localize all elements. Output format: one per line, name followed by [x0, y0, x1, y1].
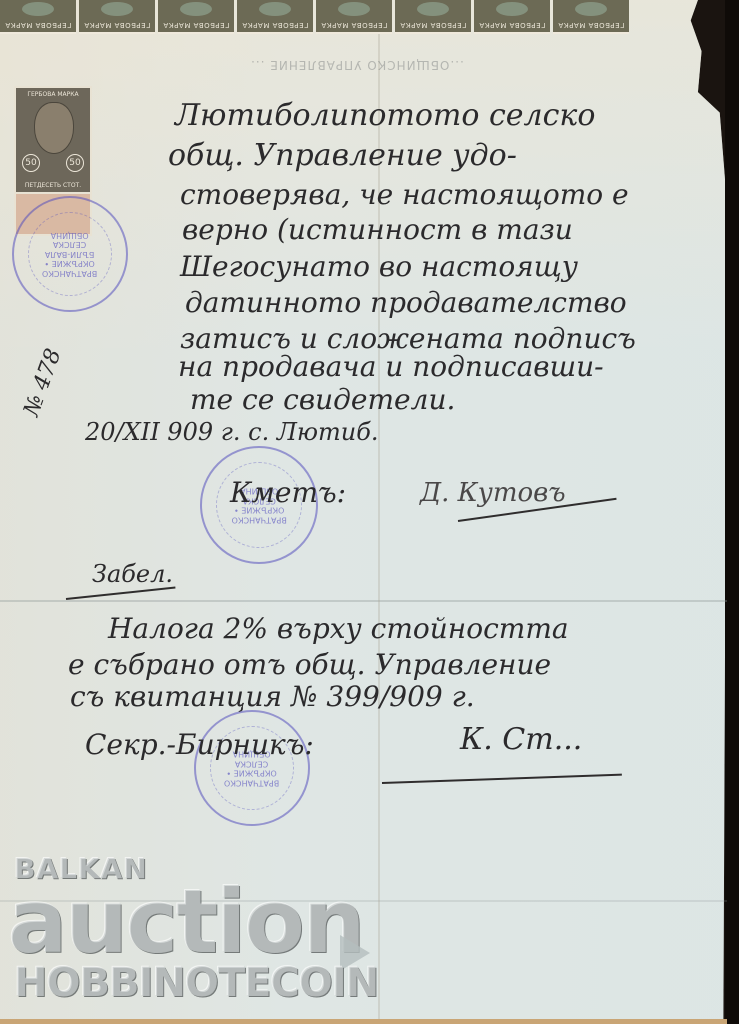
stamp-label: ГЕРБОВА МАРКА	[16, 91, 90, 98]
note-line-2: е събрано отъ общ. Управление	[68, 648, 551, 681]
note-line-1: Налога 2% върху стойността	[108, 612, 569, 645]
secretary-signature: К. Ст...	[460, 722, 582, 757]
body-line-9: те се свидетели.	[190, 383, 455, 416]
date-place-line: 20/XII 909 г. с. Лютиб.	[85, 418, 378, 446]
body-line-4: верно (истинност в тази	[182, 213, 573, 246]
printed-header-faint: ...ОБЩИНСКО УПРАВЛЕНИЕ ...	[250, 58, 464, 72]
watermark-auction: auction	[8, 878, 364, 966]
body-line-2: общ. Управление удо-	[168, 138, 517, 173]
revenue-stamp-strip-item: ГЕРБОВА МАРКА	[237, 0, 313, 34]
body-line-5: Шегосунато во настоящу	[180, 250, 578, 283]
body-line-1: Лютиболипотото селско	[175, 98, 595, 133]
note-line-3: съ квитанция № 399/909 г.	[70, 680, 475, 713]
paper-bottom-edge	[0, 1019, 727, 1024]
section-heading-note: Забел.	[92, 560, 173, 588]
stamp-denomination: ПЕТДЕСЕТЬ СТОТ.	[16, 182, 90, 189]
stamp-value-left: 50	[22, 154, 40, 172]
watermark-hobbinotecoin: HOBBINOTECOIN	[14, 960, 378, 1006]
body-line-3: стоверява, че настоящото е	[180, 178, 629, 211]
top-stamp-strip: ГЕРБОВА МАРКА ГЕРБОВА МАРКА ГЕРБОВА МАРК…	[0, 0, 700, 34]
revenue-stamp-strip-item: ГЕРБОВА МАРКА	[474, 0, 550, 34]
stamp-value-right: 50	[66, 154, 84, 172]
revenue-stamp-strip-item: ГЕРБОВА МАРКА	[0, 0, 76, 34]
mayor-label: Кметъ:	[230, 476, 346, 509]
body-line-8: на продавача и подписавши-	[178, 350, 604, 383]
official-seal-top-left: ВРАТЧАНСКО ОКРЪЖИЕ • БЪЛИ-ВАЛА СЕЛСКА ОБ…	[12, 196, 128, 312]
scan-edge-right	[725, 0, 739, 1024]
mayor-signature: Д. Кутовъ	[420, 478, 566, 508]
revenue-stamp-strip-item: ГЕРБОВА МАРКА	[158, 0, 234, 34]
revenue-stamp-strip-item: ГЕРБОВА МАРКА	[316, 0, 392, 34]
revenue-stamp-strip-item: ГЕРБОВА МАРКА	[553, 0, 629, 34]
revenue-stamp-strip-item: ГЕРБОВА МАРКА	[79, 0, 155, 34]
revenue-stamp-strip-item: ГЕРБОВА МАРКА	[395, 0, 471, 34]
lion-crest-icon	[34, 102, 74, 154]
secretary-label: Секр.-Бирникъ:	[85, 728, 314, 761]
fold-line-horizontal	[0, 600, 727, 602]
body-line-6: датинното продавателство	[185, 286, 627, 319]
